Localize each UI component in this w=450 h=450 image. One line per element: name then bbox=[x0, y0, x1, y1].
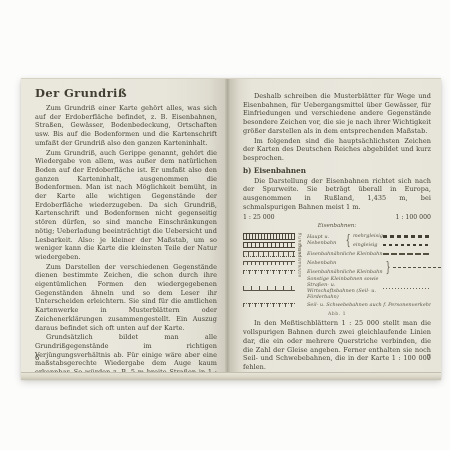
brace-close-icon: } bbox=[385, 259, 390, 276]
sub-label-eingleisig: eingleisig bbox=[353, 242, 383, 248]
figure-scale-labels: 1 : 25 000 1 : 100 000 bbox=[243, 214, 431, 221]
railway-100000-single-track-icon bbox=[383, 244, 431, 246]
schmalspur-rows: Nebenbahn Eisenbahnähnliche Kleinbahn bbox=[243, 258, 383, 276]
legend-row-seilbahn: Seil- u. Schwebebahnen auch f. Personenv… bbox=[243, 300, 431, 309]
railway-100000-kleinbahn-icon bbox=[383, 253, 431, 255]
body-paragraph: Deshalb schreiben die Musterblätter für … bbox=[243, 92, 431, 136]
railway-100000-feinpunkt-icon bbox=[383, 288, 431, 289]
page-block-edge bbox=[21, 372, 441, 380]
railway-25000-nebenbahn-icon bbox=[243, 261, 295, 265]
left-page-text-block: Der Grundriß Zum Grundriß einer Karte ge… bbox=[21, 79, 225, 372]
row-label: Seil- u. Schwebebahnen auch f. Personenv… bbox=[295, 302, 431, 308]
symbols-100000 bbox=[383, 231, 431, 249]
open-book: Der Grundriß Zum Grundriß einer Karte ge… bbox=[21, 78, 441, 379]
legend-row-kleinbahn-voll: Eisenbahnähnliche Kleinbahn bbox=[243, 249, 431, 258]
body-paragraph: In den Meßtischblättern 1 : 25 000 stell… bbox=[243, 319, 431, 371]
figure-caption: Abb. 1 bbox=[243, 312, 431, 317]
book-pages: Der Grundriß Zum Grundriß einer Karte ge… bbox=[21, 78, 441, 372]
body-paragraph: Zum Grundriß einer Karte gehört alles, w… bbox=[35, 104, 217, 148]
scale-label-25000: 1 : 25 000 bbox=[243, 214, 275, 221]
legend-row-kleinbahn-schmal: Eisenbahnähnliche Kleinbahn bbox=[243, 267, 383, 276]
legend-row-nebenbahn: Nebenbahn bbox=[243, 258, 383, 267]
legend-row-hauptbahn: Haupt u. Nebenbahn { mehrgleisig einglei… bbox=[243, 231, 431, 249]
sub-label-mehrgleisig: mehrgleisig bbox=[353, 233, 383, 239]
main-label: Haupt u. Nebenbahn bbox=[307, 234, 343, 246]
brace-open-icon: { bbox=[345, 232, 350, 249]
body-paragraph: Grundsätzlich bildet man alle Grundrißge… bbox=[35, 333, 217, 372]
figure-title: Eisenbahnen: bbox=[243, 223, 431, 229]
body-paragraph: Die Darstellung der Eisenbahnen richtet … bbox=[243, 177, 431, 212]
page-number-right: 7 bbox=[427, 354, 431, 362]
section-heading: b) Eisenbahnen bbox=[243, 166, 431, 175]
railway-25000-kleinbahn-icon bbox=[243, 251, 295, 257]
chapter-heading: Der Grundriß bbox=[35, 86, 217, 100]
railway-25000-seilbahn-icon bbox=[243, 303, 295, 307]
railway-100000-multi-track-icon bbox=[383, 235, 431, 238]
sub-labels: mehrgleisig eingleisig bbox=[353, 233, 383, 248]
right-page-text-block: Deshalb schreiben die Musterblätter für … bbox=[231, 79, 441, 372]
joined-right-symbol: } bbox=[383, 260, 441, 275]
railway-25000-single-track-icon bbox=[243, 242, 295, 248]
row-labels: Haupt u. Nebenbahn { mehrgleisig einglei… bbox=[295, 233, 383, 248]
row-label: Eisenbahnähnliche Kleinbahn bbox=[295, 269, 383, 275]
railway-25000-multi-track-icon bbox=[243, 233, 295, 240]
body-paragraph: Zum Darstellen der verschiedenen Gegenst… bbox=[35, 263, 217, 333]
symbols-25000 bbox=[243, 231, 295, 249]
legend-rows-schmalspur: Nebenbahn Eisenbahnähnliche Kleinbahn } bbox=[243, 258, 431, 276]
railway-legend-figure: 1 : 25 000 1 : 100 000 Eisenbahnen: voll… bbox=[243, 214, 431, 317]
legend-row-sonstige: Sonstige Kleinbahnen sowie Straßen- u. W… bbox=[243, 276, 431, 300]
railway-25000-werkbahn-icon bbox=[243, 286, 295, 291]
group-label-schmalspurig: schmalspurig bbox=[298, 258, 303, 277]
figure-body: vollspurig schmalspurig Haupt u. Nebenba… bbox=[243, 231, 431, 309]
body-paragraph: Zum Grundriß, auch Gerippe genannt, gehö… bbox=[35, 149, 217, 262]
railway-25000-kleinbahn-schmal-icon bbox=[243, 270, 295, 274]
scale-label-100000: 1 : 100 000 bbox=[395, 214, 431, 221]
body-paragraph: Im folgenden sind die hauptsächlichsten … bbox=[243, 137, 431, 163]
row-label: Eisenbahnähnliche Kleinbahn bbox=[295, 251, 383, 257]
row-label: Sonstige Kleinbahnen sowie Straßen- u. W… bbox=[295, 276, 383, 300]
left-page: Der Grundriß Zum Grundriß einer Karte ge… bbox=[21, 79, 225, 372]
railway-100000-schmalspur-icon bbox=[393, 267, 441, 268]
right-page: Deshalb schreiben die Musterblätter für … bbox=[231, 79, 441, 372]
page-number-left: 6 bbox=[35, 354, 39, 362]
photo-background: Der Grundriß Zum Grundriß einer Karte ge… bbox=[0, 0, 450, 450]
